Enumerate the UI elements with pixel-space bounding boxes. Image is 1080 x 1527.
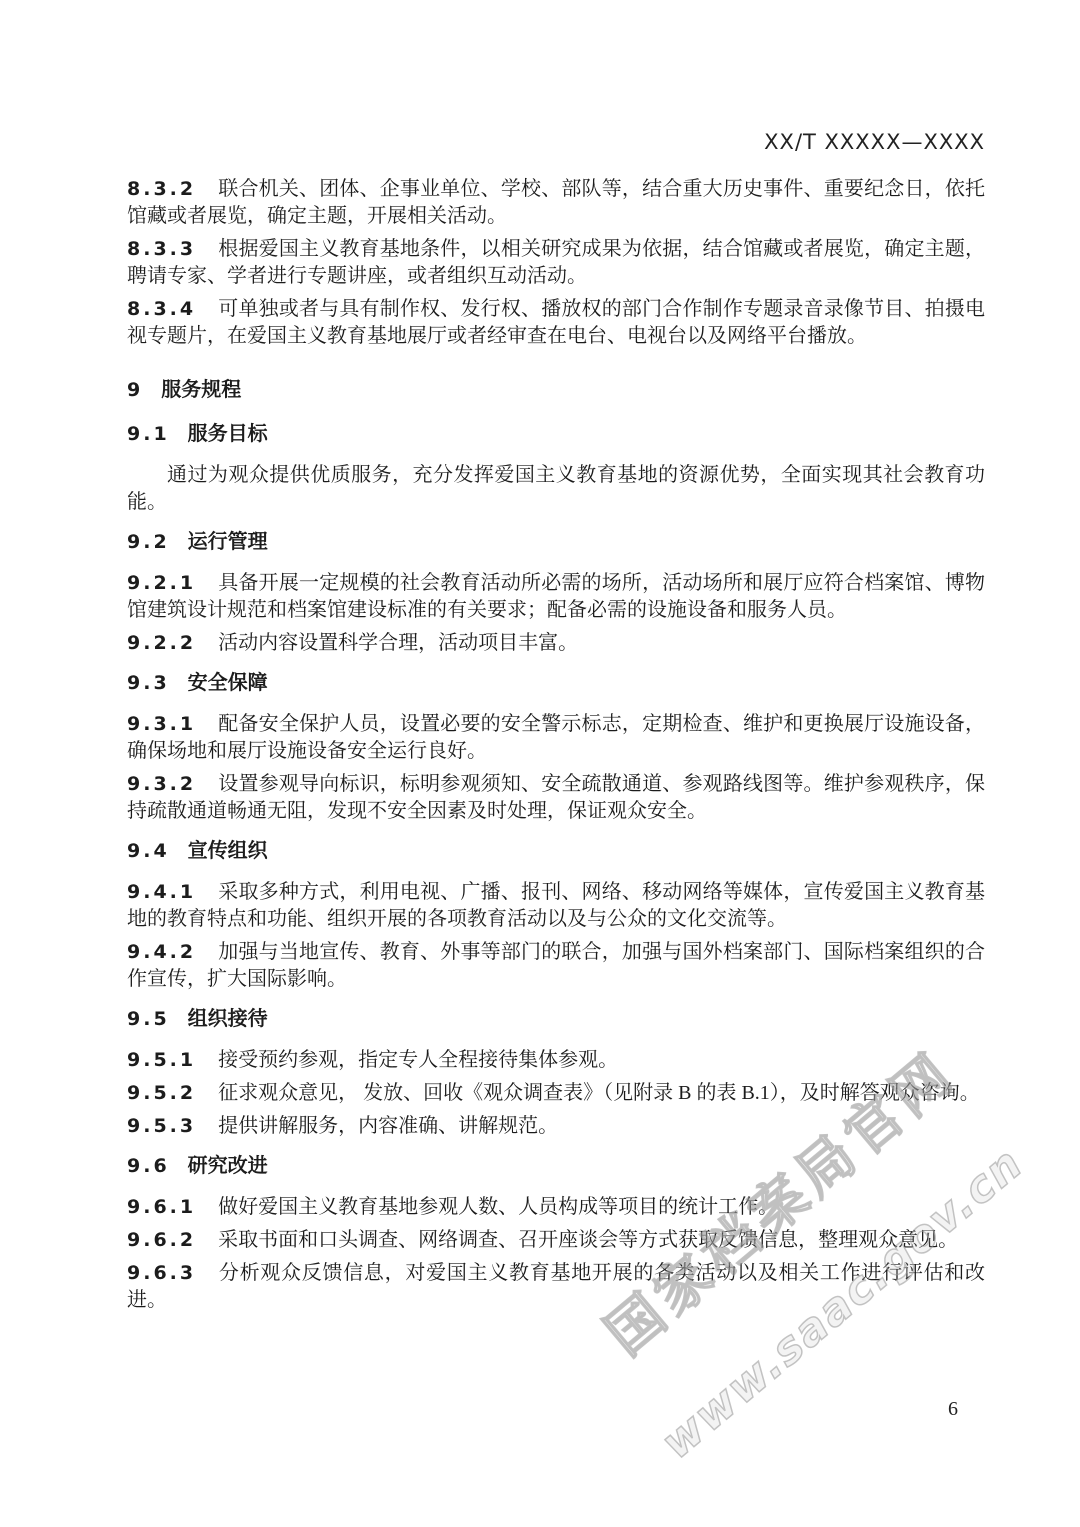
clause-text: 设置参观导向标识，标明参观须知、安全疏散通道、参观路线图等。维护参观秩序，保持疏… (127, 773, 985, 822)
clause-text: 根据爱国主义教育基地条件，以相关研究成果为依据，结合馆藏或者展览，确定主题，聘请… (127, 238, 985, 287)
clause-number: 9.6 (127, 1155, 170, 1177)
clause-text: 配备安全保护人员，设置必要的安全警示标志，定期检查、维护和更换展厅设施设备，确保… (127, 713, 985, 762)
clause-number: 9.5.3 (127, 1115, 196, 1137)
clause-number: 9.3.2 (127, 773, 196, 795)
clause-9.3.2: 9.3.2设置参观导向标识，标明参观须知、安全疏散通道、参观路线图等。维护参观秩… (127, 771, 985, 825)
clause-number: 9.2 (127, 531, 170, 553)
clause-number: 9.2.1 (127, 572, 196, 594)
heading-9.5: 9.5组织接待 (127, 1005, 985, 1033)
clause-8.3.3: 8.3.3根据爱国主义教育基地条件，以相关研究成果为依据，结合馆藏或者展览，确定… (127, 236, 985, 290)
clause-9.4.2: 9.4.2加强与当地宣传、教育、外事等部门的联合，加强与国外档案部门、国际档案组… (127, 939, 985, 993)
clause-number: 9.4.1 (127, 881, 196, 903)
page-number: 6 (948, 1398, 958, 1421)
clause-number: 9.5.2 (127, 1082, 196, 1104)
clause-text: 采取多种方式，利用电视、广播、报刊、网络、移动网络等媒体，宣传爱国主义教育基地的… (127, 881, 985, 930)
clause-number: 9.2.2 (127, 632, 196, 654)
clause-number: 8.3.4 (127, 298, 196, 320)
clause-9.5.1: 9.5.1接受预约参观，指定专人全程接待集体参观。 (127, 1047, 985, 1074)
heading-9.2: 9.2运行管理 (127, 528, 985, 556)
clause-number: 9 (127, 379, 143, 401)
clause-text: 研究改进 (188, 1153, 268, 1177)
clause-number: 9.6.2 (127, 1229, 196, 1251)
clause-9.5.3: 9.5.3提供讲解服务，内容准确、讲解规范。 (127, 1113, 985, 1140)
clause-text: 安全保障 (188, 670, 268, 694)
clause-number: 8.3.3 (127, 238, 196, 260)
clause-9.6.1: 9.6.1做好爱国主义教育基地参观人数、人员构成等项目的统计工作。 (127, 1194, 985, 1221)
document-page: XX/T XXXXX—XXXX 8.3.2联合机关、团体、企事业单位、学校、部队… (0, 0, 1080, 1527)
clause-number: 9.6.3 (127, 1262, 196, 1284)
intro-paragraph: 通过为观众提供优质服务，充分发挥爱国主义教育基地的资源优势，全面实现其社会教育功… (127, 462, 985, 516)
clause-text: 组织接待 (188, 1006, 268, 1030)
clause-number: 9.3.1 (127, 713, 196, 735)
clause-8.3.4: 8.3.4可单独或者与具有制作权、发行权、播放权的部门合作制作专题录音录像节目、… (127, 296, 985, 350)
clause-text: 服务规程 (161, 377, 241, 401)
clause-text: 征求观众意见， 发放、回收《观众调查表》（见附录 B 的表 B.1），及时解答观… (218, 1082, 980, 1104)
standard-code-header: XX/T XXXXX—XXXX (127, 130, 985, 154)
heading-9.3: 9.3安全保障 (127, 669, 985, 697)
clause-8.3.2: 8.3.2联合机关、团体、企事业单位、学校、部队等，结合重大历史事件、重要纪念日… (127, 176, 985, 230)
clause-text: 采取书面和口头调查、网络调查、召开座谈会等方式获取反馈信息，整理观众意见。 (218, 1229, 958, 1251)
clause-text: 提供讲解服务，内容准确、讲解规范。 (218, 1115, 558, 1137)
clause-text: 活动内容设置科学合理，活动项目丰富。 (218, 632, 578, 654)
clause-9.5.2: 9.5.2征求观众意见， 发放、回收《观众调查表》（见附录 B 的表 B.1），… (127, 1080, 985, 1107)
clause-text: 接受预约参观，指定专人全程接待集体参观。 (218, 1049, 618, 1071)
clause-text: 做好爱国主义教育基地参观人数、人员构成等项目的统计工作。 (218, 1196, 778, 1218)
clause-9.2.1: 9.2.1具备开展一定规模的社会教育活动所必需的场所，活动场所和展厅应符合档案馆… (127, 570, 985, 624)
heading-9: 9服务规程 (127, 376, 985, 404)
heading-9.6: 9.6研究改进 (127, 1152, 985, 1180)
heading-9.1: 9.1服务目标 (127, 420, 985, 448)
clause-text: 宣传组织 (188, 838, 268, 862)
clause-text: 分析观众反馈信息，对爱国主义教育基地开展的各类活动以及相关工作进行评估和改进。 (127, 1262, 985, 1311)
clause-text: 联合机关、团体、企事业单位、学校、部队等，结合重大历史事件、重要纪念日，依托馆藏… (127, 178, 985, 227)
clause-number: 9.4 (127, 840, 170, 862)
clause-number: 9.4.2 (127, 941, 196, 963)
clause-number: 9.3 (127, 672, 170, 694)
clause-9.6.2: 9.6.2采取书面和口头调查、网络调查、召开座谈会等方式获取反馈信息，整理观众意… (127, 1227, 985, 1254)
clause-9.2.2: 9.2.2活动内容设置科学合理，活动项目丰富。 (127, 630, 985, 657)
clause-text: 运行管理 (188, 529, 268, 553)
clause-9.4.1: 9.4.1采取多种方式，利用电视、广播、报刊、网络、移动网络等媒体，宣传爱国主义… (127, 879, 985, 933)
clause-number: 9.1 (127, 423, 170, 445)
clause-text: 通过为观众提供优质服务，充分发挥爱国主义教育基地的资源优势，全面实现其社会教育功… (127, 464, 985, 513)
clause-text: 可单独或者与具有制作权、发行权、播放权的部门合作制作专题录音录像节目、拍摄电视专… (127, 298, 985, 347)
clause-number: 9.6.1 (127, 1196, 196, 1218)
clause-text: 加强与当地宣传、教育、外事等部门的联合，加强与国外档案部门、国际档案组织的合作宣… (127, 941, 985, 990)
clause-number: 9.5.1 (127, 1049, 196, 1071)
clause-9.3.1: 9.3.1配备安全保护人员，设置必要的安全警示标志，定期检查、维护和更换展厅设施… (127, 711, 985, 765)
clause-text: 具备开展一定规模的社会教育活动所必需的场所，活动场所和展厅应符合档案馆、博物馆建… (127, 572, 985, 621)
clause-number: 8.3.2 (127, 178, 196, 200)
clause-number: 9.5 (127, 1008, 170, 1030)
heading-9.4: 9.4宣传组织 (127, 837, 985, 865)
clause-9.6.3: 9.6.3分析观众反馈信息，对爱国主义教育基地开展的各类活动以及相关工作进行评估… (127, 1260, 985, 1314)
clause-text: 服务目标 (188, 421, 268, 445)
content: 8.3.2联合机关、团体、企事业单位、学校、部队等，结合重大历史事件、重要纪念日… (127, 176, 985, 1320)
